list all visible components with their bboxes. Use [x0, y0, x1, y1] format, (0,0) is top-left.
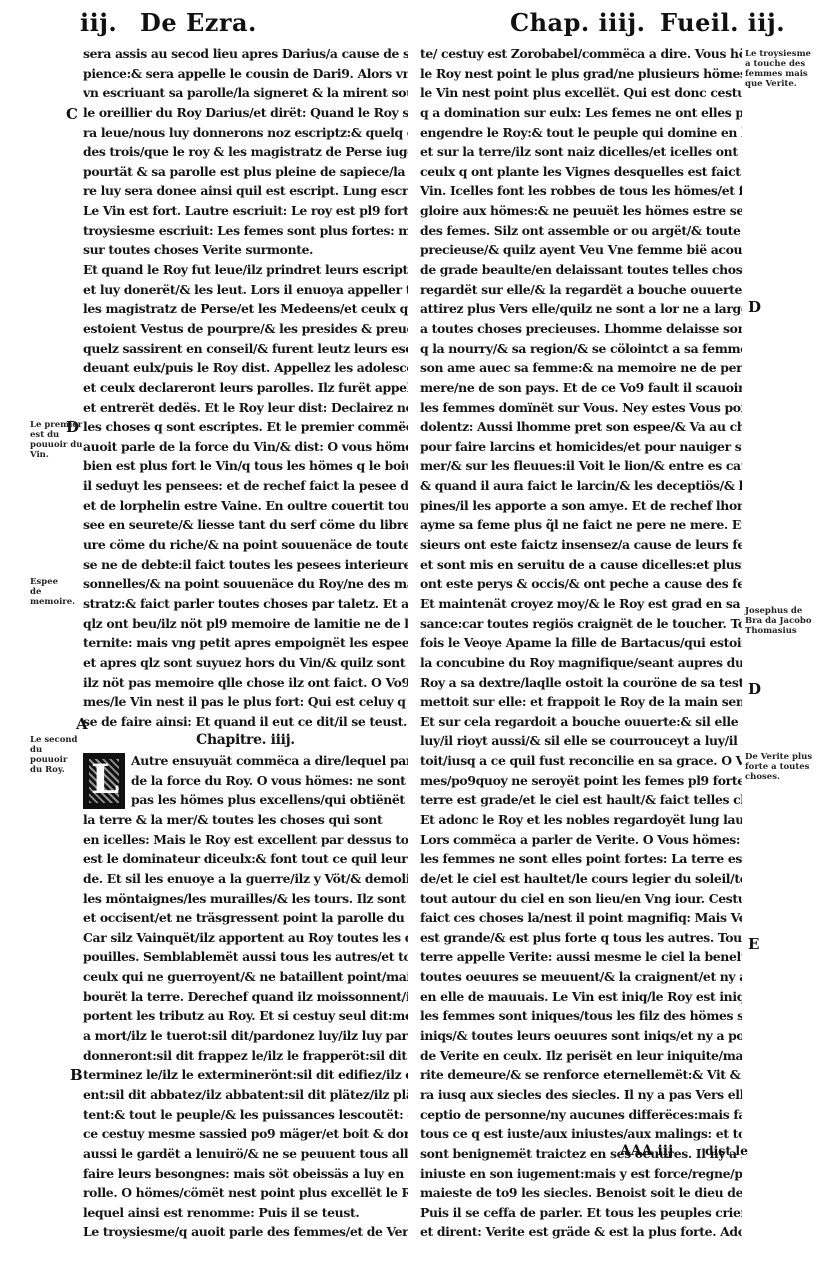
text-line: mettoit sur elle: et frappoit le Roy de … — [420, 692, 742, 712]
text-line: sera assis au secod lieu apres Darius/a … — [83, 44, 408, 64]
text-line: est le dominateur diceulx:& font tout ce… — [83, 849, 408, 869]
text-line: ilz nöt pas memoire qlle chose ilz ont f… — [83, 673, 408, 693]
text-line: le oreillier du Roy Darius/et dirët: Qua… — [83, 103, 408, 123]
text-line: terre est grade/et le ciel est hault/& f… — [420, 790, 742, 810]
left-column: sera assis au secod lieu apres Darius/a … — [83, 44, 408, 1242]
text-line: ure cöme du riche/& na point souuenäce d… — [83, 535, 408, 555]
text-line: Car silz Vainquët/ilz apportent au Roy t… — [83, 928, 408, 948]
text-line: auoit parle de la force du Vin/& dist: O… — [83, 437, 408, 457]
left-column-text-after: Autre ensuyuät commëca a dire/lequel par… — [83, 751, 408, 1242]
margin-letter-d-right-2: D — [748, 680, 761, 698]
text-line: de. Et sil les enuoye a la guerre/ilz y … — [83, 869, 408, 889]
margin-note-josephus: Josephus de Bra da Jacobo Thomasius — [745, 606, 817, 636]
text-line: Roy a sa dextre/laqlle ostoit la couröne… — [420, 673, 742, 693]
text-line: des trois/que le roy & les magistratz de… — [83, 142, 408, 162]
text-line: regardët sur elle/& la regardët a bouche… — [420, 280, 742, 300]
text-line: faire leurs besongnes: mais söt obeissäs… — [83, 1164, 408, 1184]
text-line: maieste de to9 les siecles. Benoist soit… — [420, 1183, 742, 1203]
text-line: dolentz: Aussi lhomme pret son espee/& V… — [420, 417, 742, 437]
text-line: te/ cestuy est Zorobabel/commëca a dire.… — [420, 44, 742, 64]
text-line: engendre le Roy:& tout le peuple qui dom… — [420, 123, 742, 143]
margin-note-troysiesme: Le troysiesme a touche des femmes mais q… — [745, 49, 815, 89]
text-line: la concubine du Roy magnifique/seant aup… — [420, 653, 742, 673]
text-line: se ne de debte:il faict toutes les pesee… — [83, 555, 408, 575]
text-line: toutes oeuures se meuuent/& la craignent… — [420, 967, 742, 987]
text-line: q la nourry/& sa region/& se cölointct a… — [420, 339, 742, 359]
text-line: ra iusq aux siecles des siecles. Il ny a… — [420, 1085, 742, 1105]
text-line: sur toutes choses Verite surmonte. — [83, 240, 408, 260]
text-line: Et quand le Roy fut leue/ilz prindret le… — [83, 260, 408, 280]
text-line: les choses q sont escriptes. Et le premi… — [83, 417, 408, 437]
text-line: iniqs/& toutes leurs oeuures sont iniqs/… — [420, 1026, 742, 1046]
text-line: tent:& tout le peuple/& les puissances l… — [83, 1105, 408, 1125]
text-line: bourët la terre. Derechef quand ilz mois… — [83, 987, 408, 1007]
text-line: et sur la terre/ilz sont naiz dicelles/e… — [420, 142, 742, 162]
folio-number-left: iij. — [80, 8, 117, 37]
text-line: et luy donerët/& les leut. Lors il enuoy… — [83, 280, 408, 300]
text-line: rite demeure/& se renforce eternellemët:… — [420, 1065, 742, 1085]
text-line: les femmes domïnët sur Vous. Ney estes V… — [420, 398, 742, 418]
text-line: Et adonc le Roy et les nobles regardoyët… — [420, 810, 742, 830]
text-line: est grande/& est plus forte q tous les a… — [420, 928, 742, 948]
text-line: a mort/ilz le tuerot:sil dit/pardonez lu… — [83, 1026, 408, 1046]
margin-note-espee: Espee de memoire. — [30, 577, 70, 607]
text-line: et sont mis en seruitu de a cause dicell… — [420, 555, 742, 575]
text-line: les magistratz de Perse/et les Medeens/e… — [83, 299, 408, 319]
margin-letter-a: A — [76, 715, 88, 733]
text-line: ceulx qui ne guerroyent/& ne bataillent … — [83, 967, 408, 987]
text-line: sonnelles/& na point souuenäce du Roy/ne… — [83, 574, 408, 594]
text-line: attirez plus Vers elle/quilz ne sont a l… — [420, 299, 742, 319]
document-page: iij. De Ezra. Chap. iiij. Fueil. iij. se… — [0, 0, 818, 1272]
text-line: tous ce q est iuste/aux iniustes/aux mal… — [420, 1124, 742, 1144]
text-line: Et maintenät croyez moy/& le Roy est gra… — [420, 594, 742, 614]
right-column-text: te/ cestuy est Zorobabel/commëca a dire.… — [420, 44, 742, 1242]
text-line: pience:& sera appelle le cousin de Dari9… — [83, 64, 408, 84]
text-line: portent les tributz au Roy. Et si cestuy… — [83, 1006, 408, 1026]
margin-letter-e: E — [748, 935, 759, 953]
text-line: precieuse/& quilz ayent Veu Vne femme bi… — [420, 240, 742, 260]
text-line: faict ces choses la/nest il point magnif… — [420, 908, 742, 928]
margin-letter-b: B — [70, 1066, 83, 1084]
text-line: Le troysiesme/q auoit parle des femmes/e… — [83, 1222, 408, 1242]
text-line: des femes. Silz ont assemble or ou argët… — [420, 221, 742, 241]
text-line: deuant eulx/puis le Roy dist. Appellez l… — [83, 358, 408, 378]
text-line: en elle de mauuais. Le Vin est iniq/le R… — [420, 987, 742, 1007]
text-line: luy/il rioyt aussi/& sil elle se courrou… — [420, 731, 742, 751]
text-line: sance:car toutes regiös craignët de le t… — [420, 614, 742, 634]
text-line: et de lorphelin estre Vaine. En oultre c… — [83, 496, 408, 516]
text-line: les möntaignes/les murailles/& les tours… — [83, 889, 408, 909]
text-line: mer/& sur les fleuues:il Voit le lion/& … — [420, 456, 742, 476]
text-line: pas les hömes plus excellens/qui obtiënë… — [131, 790, 408, 810]
page-header: iij. De Ezra. Chap. iiij. Fueil. iij. — [80, 2, 800, 42]
text-line: son ame auec sa femme:& na memoire ne de… — [420, 358, 742, 378]
text-line: gloire aux hömes:& ne peuuët les hömes e… — [420, 201, 742, 221]
text-line: Autre ensuyuät commëca a dire/lequel par… — [131, 751, 408, 771]
text-line: les femmes sont iniques/tous les filz de… — [420, 1006, 742, 1026]
margin-note-verite: De Verite plus forte a toutes choses. — [745, 752, 815, 782]
catchword: dist le — [705, 1143, 748, 1158]
text-line: de la force du Roy. O vous hömes: ne son… — [131, 771, 408, 791]
text-line: Le Vin est fort. Lautre escriuit: Le roy… — [83, 201, 408, 221]
text-line: mere/ne de son pays. Et de ce Vo9 fault … — [420, 378, 742, 398]
text-line: pouilles. Semblablemët aussi tous les au… — [83, 947, 408, 967]
text-line: mes/po9quoy ne seroyët point les femes p… — [420, 771, 742, 791]
text-line: et apres qlz sont suyuez hors du Vin/& q… — [83, 653, 408, 673]
text-line: fois le Veoye Apame la fille de Bartacus… — [420, 633, 742, 653]
text-line: Et sur cela regardoit a bouche ouuerte:&… — [420, 712, 742, 732]
decorated-initial-L: L — [83, 753, 125, 809]
text-line: se de faire ainsi: Et quand il eut ce di… — [83, 712, 408, 732]
text-line: ceptio de personne/ny aucunes differëces… — [420, 1105, 742, 1125]
text-line: Vin. Icelles font les robbes de tous les… — [420, 181, 742, 201]
text-line: les femmes ne sont elles point fortes: L… — [420, 849, 742, 869]
text-line: et occisent/et ne träsgressent point la … — [83, 908, 408, 928]
text-line: aussi le gardët a lenuirö/& ne se peuuen… — [83, 1144, 408, 1164]
text-line: & quand il aura faict le larcin/& les de… — [420, 476, 742, 496]
running-title: De Ezra. — [140, 8, 257, 37]
text-line: le Vin nest point plus excellët. Qui est… — [420, 83, 742, 103]
text-line: ceulx q ont plante les Vignes desquelles… — [420, 162, 742, 182]
text-line: a toutes choses precieuses. Lhomme delai… — [420, 319, 742, 339]
margin-note-premier: Le premier est du pouuoir du Vin. — [30, 420, 85, 460]
chapter-heading: Chapitre. iiij. — [83, 731, 408, 751]
text-line: ce cestuy mesme sassied po9 mäger/et boi… — [83, 1124, 408, 1144]
folio-number-right: Fueil. iij. — [660, 8, 785, 37]
text-line: de Verite en ceulx. Ilz perisët en leur … — [420, 1046, 742, 1066]
text-line: ent:sil dit abbatez/ilz abbatent:sil dit… — [83, 1085, 408, 1105]
text-line: mes/le Vin nest il pas le plus fort: Qui… — [83, 692, 408, 712]
text-line: qlz ont beu/ilz nöt pl9 memoire de lamit… — [83, 614, 408, 634]
text-line: bien est plus fort le Vin/q tous les höm… — [83, 456, 408, 476]
text-line: terre appelle Verite: aussi mesme le cie… — [420, 947, 742, 967]
text-line: sieurs ont este faictz insensez/a cause … — [420, 535, 742, 555]
left-column-text-before: sera assis au secod lieu apres Darius/a … — [83, 44, 408, 731]
text-line: pour faire larcins et homicides/et pour … — [420, 437, 742, 457]
chapter-header: Chap. iiij. — [510, 8, 645, 37]
margin-letter-d-right: D — [748, 298, 761, 316]
signature-mark: AAA iij — [620, 1143, 673, 1159]
text-line: de/et le ciel est haultet/le cours legie… — [420, 869, 742, 889]
text-line: see en seurete/& liesse tant du serf cöm… — [83, 515, 408, 535]
margin-note-second: Le second du pouuoir du Roy. — [30, 735, 80, 775]
text-line: tout autour du ciel en son lieu/en Vng i… — [420, 889, 742, 909]
text-line: terminez le/ilz le exterminerönt:sil dit… — [83, 1065, 408, 1085]
text-line: la terre & la mer/& toutes les choses qu… — [83, 810, 408, 830]
text-line: vn escriuant sa parolle/la signeret & la… — [83, 83, 408, 103]
text-line: q a domination sur eulx: Les femes ne on… — [420, 103, 742, 123]
text-line: toit/iusq a ce quil fust reconcilie en s… — [420, 751, 742, 771]
text-line: de grade beaulte/en delaissant toutes te… — [420, 260, 742, 280]
right-column: te/ cestuy est Zorobabel/commëca a dire.… — [420, 44, 742, 1242]
text-line: le Roy nest point le plus grad/ne plusie… — [420, 64, 742, 84]
text-line: ra leue/nous luy donnerons noz escriptz:… — [83, 123, 408, 143]
text-line: ternite: mais vng petit apres empoignët … — [83, 633, 408, 653]
text-line: pourtät & sa parolle est plus pleine de … — [83, 162, 408, 182]
text-line: Puis il se ceffa de parler. Et tous les … — [420, 1203, 742, 1223]
text-line: ayme sa feme plus q̃l ne faict ne pere n… — [420, 515, 742, 535]
text-line: pines/il les apporte a son amye. Et de r… — [420, 496, 742, 516]
text-line: et ceulx declareront leurs parolles. Ilz… — [83, 378, 408, 398]
text-line: estoient Vestus de pourpre/& les preside… — [83, 319, 408, 339]
text-line: en icelles: Mais le Roy est excellent pa… — [83, 830, 408, 850]
text-line: Lors commëca a parler de Verite. O Vous … — [420, 830, 742, 850]
text-line: il seduyt les pensees: et de rechef faic… — [83, 476, 408, 496]
text-line: et entrerët dedës. Et le Roy leur dist: … — [83, 398, 408, 418]
margin-letter-c: C — [66, 105, 78, 123]
text-line: et dirent: Verite est gräde & est la plu… — [420, 1222, 742, 1242]
text-line: lequel ainsi est renomme: Puis il se teu… — [83, 1203, 408, 1223]
text-line: sont benignemët traictez en ses oeuures.… — [420, 1144, 742, 1164]
text-line: rolle. O hömes/cömët nest point plus exc… — [83, 1183, 408, 1203]
text-line: troysiesme escriuit: Les femes sont plus… — [83, 221, 408, 241]
text-line: quelz sassirent en conseil/& furent leut… — [83, 339, 408, 359]
text-line: stratz:& faict parler toutes choses par … — [83, 594, 408, 614]
text-line: re luy sera donee ainsi quil est escript… — [83, 181, 408, 201]
text-line: donneront:sil dit frappez le/ilz le frap… — [83, 1046, 408, 1066]
text-line: iniuste en son iugement:mais y est force… — [420, 1164, 742, 1184]
text-line: ont este perys & occis/& ont peche a cau… — [420, 574, 742, 594]
